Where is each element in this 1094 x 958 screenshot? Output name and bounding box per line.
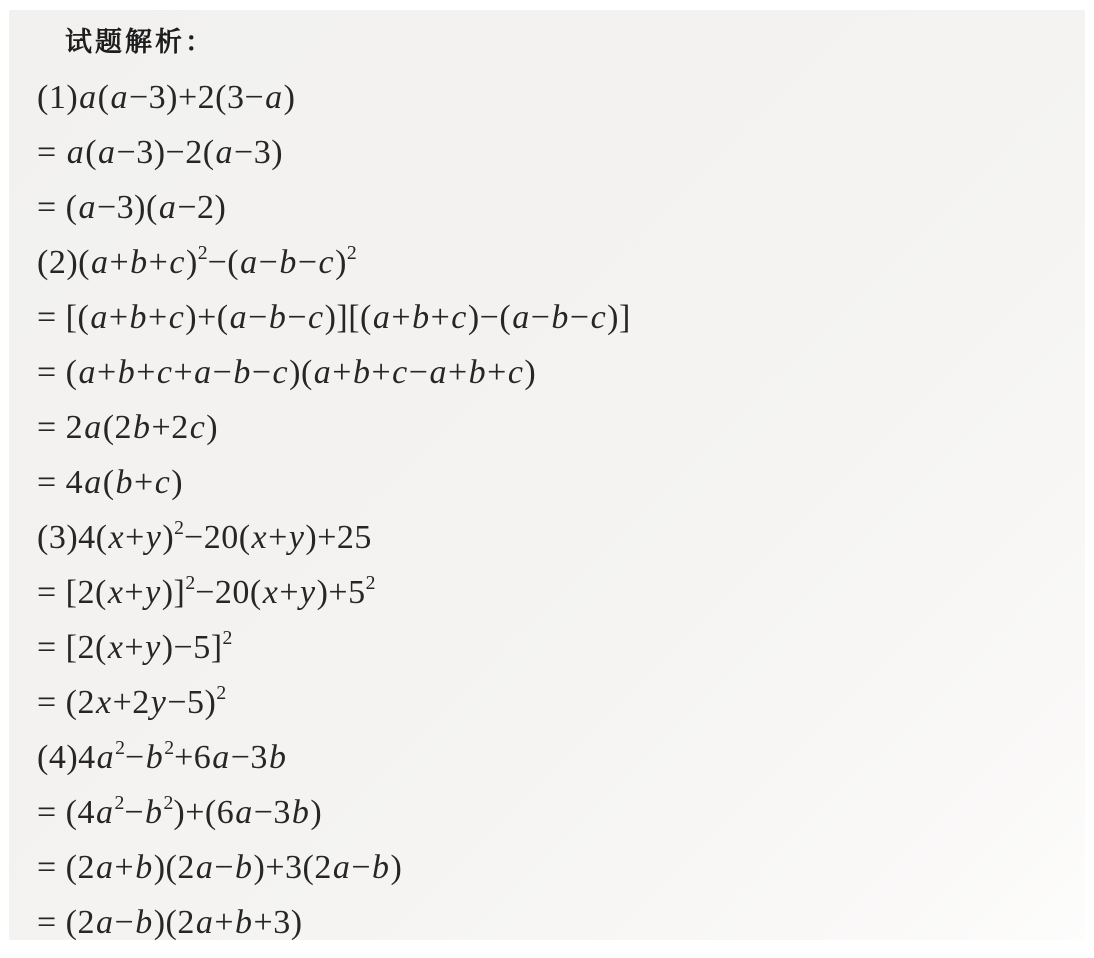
math-line: (1)a(a−3)+2(3−a) [37, 70, 1075, 125]
scanned-paper: 试题解析： (1)a(a−3)+2(3−a) = a(a−3)−2(a−3) =… [9, 10, 1085, 940]
math-line: = (4a2−b2)+(6a−3b) [37, 785, 1075, 840]
math-line: = (2x+2y−5)2 [37, 675, 1075, 730]
math-line: (2)(a+b+c)2−(a−b−c)2 [37, 235, 1075, 290]
section-heading: 试题解析： [37, 18, 1075, 70]
math-line: = 4a(b+c) [37, 455, 1075, 510]
math-line: = [2(x+y)]2−20(x+y)+52 [37, 565, 1075, 620]
solution-content: 试题解析： (1)a(a−3)+2(3−a) = a(a−3)−2(a−3) =… [37, 18, 1075, 950]
math-line: (3)4(x+y)2−20(x+y)+25 [37, 510, 1075, 565]
math-line: = 2a(2b+2c) [37, 400, 1075, 455]
math-line: (4)4a2−b2+6a−3b [37, 730, 1075, 785]
math-line: = (2a+b)(2a−b)+3(2a−b) [37, 840, 1075, 895]
math-line: = a(a−3)−2(a−3) [37, 125, 1075, 180]
document-page: 试题解析： (1)a(a−3)+2(3−a) = a(a−3)−2(a−3) =… [0, 0, 1094, 958]
solution-lines: (1)a(a−3)+2(3−a) = a(a−3)−2(a−3) = (a−3)… [37, 70, 1075, 950]
math-line: = (a+b+c+a−b−c)(a+b+c−a+b+c) [37, 345, 1075, 400]
math-line: = (2a−b)(2a+b+3) [37, 895, 1075, 950]
math-line: = (a−3)(a−2) [37, 180, 1075, 235]
math-line: = [(a+b+c)+(a−b−c)][(a+b+c)−(a−b−c)] [37, 290, 1075, 345]
math-line: = [2(x+y)−5]2 [37, 620, 1075, 675]
